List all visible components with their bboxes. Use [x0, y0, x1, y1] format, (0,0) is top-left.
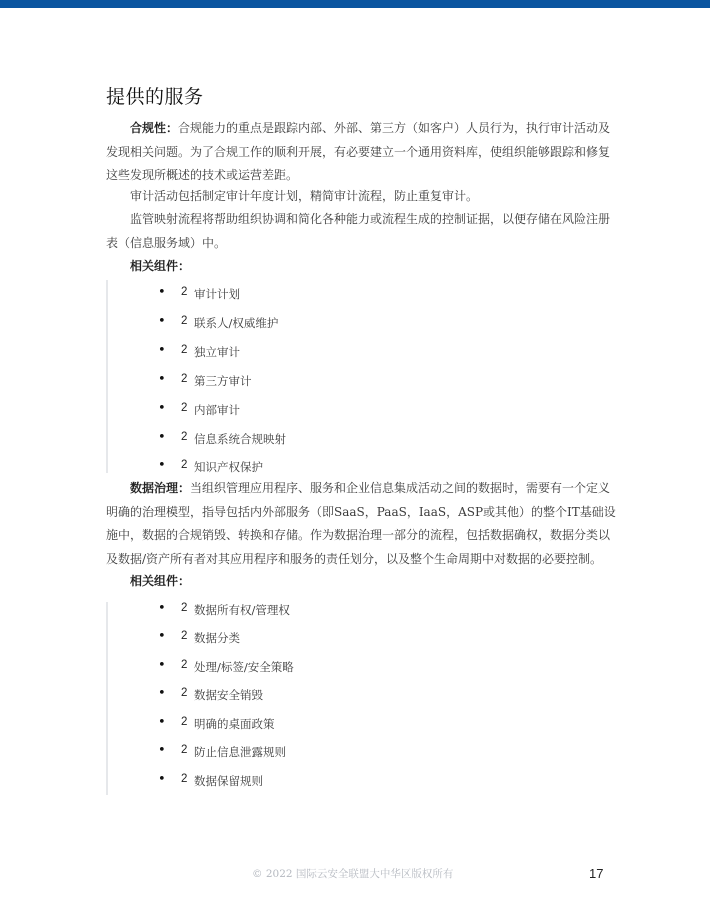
compliance-components-list: •2审计计划 •2联系人/权威维护 •2独立审计 •2第三方审计 •2内部审计 … — [106, 280, 108, 473]
compliance-text: 合规能力的重点是跟踪内部、外部、第三方（如客户）人员行为，执行审计活动及发现相关… — [106, 121, 610, 182]
audit-paragraph: 审计活动包括制定审计年度计划，精简审计流程，防止重复审计。 — [106, 185, 616, 209]
header-bar — [0, 0, 710, 8]
mapping-text: 监管映射流程将帮助组织协调和简化各种能力或流程生成的控制证据，以便存储在风险注册… — [106, 212, 610, 250]
data-governance-term: 数据治理： — [130, 481, 190, 495]
compliance-components-label: 相关组件： — [130, 257, 190, 274]
footer-copyright: © 2022 国际云安全联盟大中华区版权所有 — [252, 866, 453, 881]
bullet-icon: • — [158, 772, 166, 787]
bullet-icon: • — [158, 430, 166, 445]
data-governance-components-list: •2数据所有权/管理权 •2数据分类 •2处理/标签/安全策略 •2数据安全销毁… — [106, 602, 108, 795]
mapping-paragraph: 监管映射流程将帮助组织协调和简化各种能力或流程生成的控制证据，以便存储在风险注册… — [106, 208, 616, 255]
data-governance-paragraph: 数据治理：当组织管理应用程序、服务和企业信息集成活动之间的数据时，需要有一个定义… — [106, 477, 616, 571]
bullet-icon: • — [158, 285, 166, 300]
bullet-icon: • — [158, 601, 166, 616]
compliance-term: 合规性： — [130, 121, 178, 135]
bullet-icon: • — [158, 658, 166, 673]
bullet-icon: • — [158, 715, 166, 730]
data-governance-components-label: 相关组件： — [130, 572, 190, 589]
section-title: 提供的服务 — [106, 82, 204, 109]
bullet-icon: • — [158, 686, 166, 701]
bullet-icon: • — [158, 401, 166, 416]
bullet-icon: • — [158, 372, 166, 387]
audit-text: 审计活动包括制定审计年度计划，精简审计流程，防止重复审计。 — [130, 189, 478, 203]
bullet-icon: • — [158, 343, 166, 358]
bullet-icon: • — [158, 743, 166, 758]
page-number: 17 — [589, 866, 603, 881]
compliance-paragraph: 合规性：合规能力的重点是跟踪内部、外部、第三方（如客户）人员行为，执行审计活动及… — [106, 117, 616, 188]
bullet-icon: • — [158, 629, 166, 644]
bullet-icon: • — [158, 458, 166, 473]
bullet-icon: • — [158, 314, 166, 329]
